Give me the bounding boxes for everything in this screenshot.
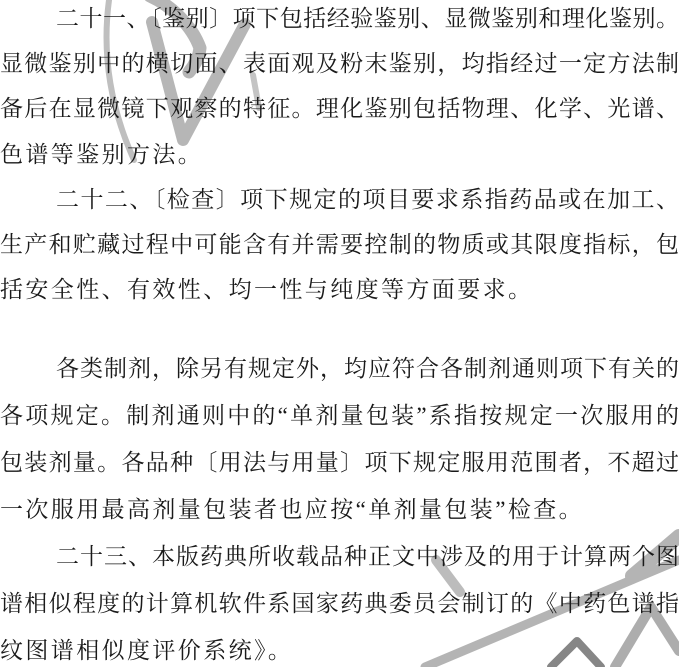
text-line: 纹图谱相似度评价系统》。 — [0, 627, 679, 667]
text-line: 括安全性、有效性、均一性与纯度等方面要求。 — [0, 267, 679, 312]
text-line: 备后在显微镜下观察的特征。理化鉴别包括物理、化学、光谱、 — [0, 86, 679, 131]
paragraph-gap — [0, 312, 679, 345]
text-line: 一次服用最高剂量包装者也应按“单剂量包装”检查。 — [0, 486, 679, 533]
text-line: 各项规定。制剂通则中的“单剂量包装”系指按规定一次服用的 — [0, 392, 679, 439]
text-line: 二十二、〔检查〕项下规定的项目要求系指药品或在加工、 — [0, 177, 679, 222]
text-line: 包装剂量。各品种〔用法与用量〕项下规定服用范围者，不超过 — [0, 439, 679, 486]
text-line: 二十一、〔鉴别〕项下包括经验鉴别、显微鉴别和理化鉴别。 — [0, 0, 679, 41]
text-line: 谱相似程度的计算机软件系国家药典委员会制订的《中药色谱指 — [0, 580, 679, 627]
document-body: 二十一、〔鉴别〕项下包括经验鉴别、显微鉴别和理化鉴别。 显微鉴别中的横切面、表面… — [0, 0, 679, 667]
text-line: 色谱等鉴别方法。 — [0, 132, 679, 177]
text-line: 各类制剂，除另有规定外，均应符合各制剂通则项下有关的 — [0, 345, 679, 392]
paragraph-block-lower: 各类制剂，除另有规定外，均应符合各制剂通则项下有关的 各项规定。制剂通则中的“单… — [0, 345, 679, 667]
text-line: 显微鉴别中的横切面、表面观及粉末鉴别，均指经过一定方法制 — [0, 41, 679, 86]
text-line: 生产和贮藏过程中可能含有并需要控制的物质或其限度指标，包 — [0, 222, 679, 267]
text-line: 二十三、本版药典所收载品种正文中涉及的用于计算两个图 — [0, 533, 679, 580]
paragraph-block-upper: 二十一、〔鉴别〕项下包括经验鉴别、显微鉴别和理化鉴别。 显微鉴别中的横切面、表面… — [0, 0, 679, 312]
